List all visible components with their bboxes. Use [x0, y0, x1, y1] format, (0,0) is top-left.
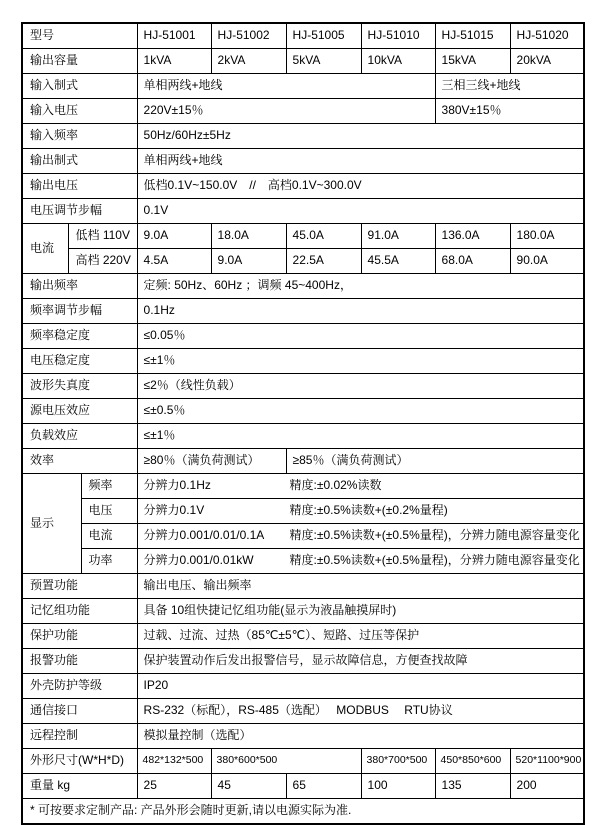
cell-dimensions-4: 450*850*600: [435, 749, 510, 774]
table-row-model: 型号 HJ-51001 HJ-51002 HJ-51005 HJ-51010 H…: [22, 23, 584, 49]
row-label-preset: 预置功能: [22, 574, 137, 599]
table-row-voltage-step: 电压调节步幅 0.1V: [22, 199, 584, 224]
cell-weight-3: 65: [286, 774, 361, 799]
cell-remote: 模拟量控制（选配）: [137, 724, 584, 749]
table-row-preset: 预置功能 输出电压、输出频率: [22, 574, 584, 599]
table-row-distortion: 波形失真度 ≤2％（线性负载）: [22, 374, 584, 399]
table-row-footnote: * 可按要求定制产品: 产品外形会随时更新,请以电源实际为准.: [22, 799, 584, 825]
cell-enclosure: IP20: [137, 674, 584, 699]
cell-current-low-3: 45.0A: [286, 224, 361, 249]
cell-input-freq: 50Hz/60Hz±5Hz: [137, 124, 584, 149]
table-row-capacity: 输出容量 1kVA 2kVA 5kVA 10kVA 15kVA 20kVA: [22, 49, 584, 74]
cell-weight-4: 100: [361, 774, 435, 799]
cell-current-low-1: 9.0A: [137, 224, 211, 249]
cell-input-voltage-three: 380V±15％: [435, 99, 584, 124]
cell-capacity-4: 10kVA: [361, 49, 435, 74]
table-row-alarm: 报警功能 保护装置动作后发出报警信号，显示故障信息，方便查找故障: [22, 649, 584, 674]
cell-model-5: HJ-51015: [435, 23, 510, 49]
row-sublabel-current-low: 低档 110V: [68, 224, 137, 249]
table-row-comm: 通信接口 RS-232（标配），RS-485（选配） MODBUS RTU协议: [22, 699, 584, 724]
cell-weight-5: 135: [435, 774, 510, 799]
table-row-input-voltage: 输入电压 220V±15％ 380V±15％: [22, 99, 584, 124]
display-resolution: 分辨力0.001/0.01kW: [144, 554, 290, 567]
cell-memory: 具备 10组快捷记忆组功能(显示为液晶触摸屏时): [137, 599, 584, 624]
row-label-protection: 保护功能: [22, 624, 137, 649]
cell-dimensions-3: 380*700*500: [361, 749, 435, 774]
table-row-input-freq: 输入频率 50Hz/60Hz±5Hz: [22, 124, 584, 149]
cell-weight-6: 200: [510, 774, 584, 799]
row-label-alarm: 报警功能: [22, 649, 137, 674]
cell-current-high-6: 90.0A: [510, 249, 584, 274]
cell-model-1: HJ-51001: [137, 23, 211, 49]
cell-current-high-1: 4.5A: [137, 249, 211, 274]
display-accuracy: 精度:±0.5%读数+(±0.2%量程): [290, 503, 448, 517]
row-label-efficiency: 效率: [22, 449, 137, 474]
table-row-efficiency: 效率 ≥80％（满负荷测试） ≥85％（满负荷测试）: [22, 449, 584, 474]
table-row-remote: 远程控制 模拟量控制（选配）: [22, 724, 584, 749]
row-sublabel-display-voltage: 电压: [81, 499, 137, 524]
row-sublabel-display-power: 功率: [81, 549, 137, 574]
table-row-weight: 重量 kg 25 45 65 100 135 200: [22, 774, 584, 799]
row-label-current: 电流: [22, 224, 68, 274]
row-sublabel-current-high: 高档 220V: [68, 249, 137, 274]
row-label-voltage-stability: 电压稳定度: [22, 349, 137, 374]
table-row-freq-step: 频率调节步幅 0.1Hz: [22, 299, 584, 324]
cell-weight-1: 25: [137, 774, 211, 799]
table-row-output-voltage: 输出电压 低档0.1V~150.0V // 高档0.1V~300.0V: [22, 174, 584, 199]
table-row-display-voltage: 电压 分辨力0.1V精度:±0.5%读数+(±0.2%量程): [22, 499, 584, 524]
cell-current-high-2: 9.0A: [211, 249, 286, 274]
cell-capacity-1: 1kVA: [137, 49, 211, 74]
cell-current-low-4: 91.0A: [361, 224, 435, 249]
cell-preset: 输出电压、输出频率: [137, 574, 584, 599]
row-label-input-voltage: 输入电压: [22, 99, 137, 124]
table-row-display-current: 电流 分辨力0.001/0.01/0.1A精度:±0.5%读数+(±0.5%量程…: [22, 524, 584, 549]
row-label-load-effect: 负载效应: [22, 424, 137, 449]
table-row-voltage-stability: 电压稳定度 ≤±1％: [22, 349, 584, 374]
row-label-output-voltage: 输出电压: [22, 174, 137, 199]
cell-model-2: HJ-51002: [211, 23, 286, 49]
spec-table: 型号 HJ-51001 HJ-51002 HJ-51005 HJ-51010 H…: [21, 22, 585, 825]
cell-dimensions-5: 520*1100*900: [510, 749, 584, 774]
cell-protection: 过载、过流、过热（85℃±5℃）、短路、过压等保护: [137, 624, 584, 649]
cell-model-6: HJ-51020: [510, 23, 584, 49]
row-label-input-freq: 输入频率: [22, 124, 137, 149]
cell-output-voltage: 低档0.1V~150.0V // 高档0.1V~300.0V: [137, 174, 584, 199]
table-row-memory: 记忆组功能 具备 10组快捷记忆组功能(显示为液晶触摸屏时): [22, 599, 584, 624]
table-row-source-effect: 源电压效应 ≤±0.5％: [22, 399, 584, 424]
row-label-distortion: 波形失真度: [22, 374, 137, 399]
cell-load-effect: ≤±1％: [137, 424, 584, 449]
cell-source-effect: ≤±0.5％: [137, 399, 584, 424]
display-resolution: 分辨力0.1V: [144, 504, 290, 517]
row-label-freq-stability: 频率稳定度: [22, 324, 137, 349]
row-label-dimensions: 外形尺寸(W*H*D): [22, 749, 137, 774]
row-label-comm: 通信接口: [22, 699, 137, 724]
table-row-current-high: 高档 220V 4.5A 9.0A 22.5A 45.5A 68.0A 90.0…: [22, 249, 584, 274]
table-row-input-mode: 输入制式 单相两线+地线 三相三线+地线: [22, 74, 584, 99]
cell-distortion: ≤2％（线性负载）: [137, 374, 584, 399]
row-label-display: 显示: [22, 474, 81, 574]
table-row-output-freq: 输出频率 定频: 50Hz、60Hz ；调频 45~400Hz，: [22, 274, 584, 299]
cell-input-voltage-single: 220V±15％: [137, 99, 435, 124]
table-row-freq-stability: 频率稳定度 ≤0.05％: [22, 324, 584, 349]
table-row-protection: 保护功能 过载、过流、过热（85℃±5℃）、短路、过压等保护: [22, 624, 584, 649]
cell-efficiency-large: ≥85％（满负荷测试）: [286, 449, 584, 474]
cell-comm: RS-232（标配），RS-485（选配） MODBUS RTU协议: [137, 699, 584, 724]
display-resolution: 分辨力0.001/0.01/0.1A: [144, 529, 290, 542]
cell-freq-stability: ≤0.05％: [137, 324, 584, 349]
cell-voltage-step: 0.1V: [137, 199, 584, 224]
cell-current-high-5: 68.0A: [435, 249, 510, 274]
cell-input-mode-three: 三相三线+地线: [435, 74, 584, 99]
row-label-freq-step: 频率调节步幅: [22, 299, 137, 324]
table-row-dimensions: 外形尺寸(W*H*D) 482*132*500 380*600*500 380*…: [22, 749, 584, 774]
row-sublabel-display-freq: 频率: [81, 474, 137, 499]
cell-capacity-3: 5kVA: [286, 49, 361, 74]
row-label-memory: 记忆组功能: [22, 599, 137, 624]
cell-efficiency-small: ≥80％（满负荷测试）: [137, 449, 286, 474]
row-label-output-mode: 输出制式: [22, 149, 137, 174]
cell-current-high-3: 22.5A: [286, 249, 361, 274]
row-label-capacity: 输出容量: [22, 49, 137, 74]
cell-display-freq: 分辨力0.1Hz精度:±0.02%读数: [137, 474, 584, 499]
row-label-model: 型号: [22, 23, 137, 49]
cell-dimensions-1: 482*132*500: [137, 749, 211, 774]
row-label-voltage-step: 电压调节步幅: [22, 199, 137, 224]
cell-model-3: HJ-51005: [286, 23, 361, 49]
table-row-current-low: 电流 低档 110V 9.0A 18.0A 45.0A 91.0A 136.0A…: [22, 224, 584, 249]
display-accuracy: 精度:±0.5%读数+(±0.5%量程)，分辨力随电源容量变化: [290, 528, 580, 542]
cell-display-voltage: 分辨力0.1V精度:±0.5%读数+(±0.2%量程): [137, 499, 584, 524]
table-row-enclosure: 外壳防护等级 IP20: [22, 674, 584, 699]
cell-freq-step: 0.1Hz: [137, 299, 584, 324]
cell-current-low-2: 18.0A: [211, 224, 286, 249]
cell-dimensions-2: 380*600*500: [211, 749, 361, 774]
display-accuracy: 精度:±0.5%读数+(±0.5%量程)，分辨力随电源容量变化: [290, 553, 580, 567]
display-resolution: 分辨力0.1Hz: [144, 479, 290, 492]
cell-output-freq: 定频: 50Hz、60Hz ；调频 45~400Hz，: [137, 274, 584, 299]
cell-weight-2: 45: [211, 774, 286, 799]
cell-capacity-2: 2kVA: [211, 49, 286, 74]
row-label-output-freq: 输出频率: [22, 274, 137, 299]
cell-model-4: HJ-51010: [361, 23, 435, 49]
row-label-enclosure: 外壳防护等级: [22, 674, 137, 699]
cell-capacity-6: 20kVA: [510, 49, 584, 74]
cell-display-power: 分辨力0.001/0.01kW精度:±0.5%读数+(±0.5%量程)，分辨力随…: [137, 549, 584, 574]
cell-capacity-5: 15kVA: [435, 49, 510, 74]
cell-current-low-6: 180.0A: [510, 224, 584, 249]
table-row-display-freq: 显示 频率 分辨力0.1Hz精度:±0.02%读数: [22, 474, 584, 499]
table-row-load-effect: 负载效应 ≤±1％: [22, 424, 584, 449]
footnote-text: * 可按要求定制产品: 产品外形会随时更新,请以电源实际为准.: [22, 799, 584, 825]
row-label-source-effect: 源电压效应: [22, 399, 137, 424]
row-label-weight: 重量 kg: [22, 774, 137, 799]
cell-voltage-stability: ≤±1％: [137, 349, 584, 374]
row-sublabel-display-current: 电流: [81, 524, 137, 549]
cell-current-high-4: 45.5A: [361, 249, 435, 274]
row-label-remote: 远程控制: [22, 724, 137, 749]
cell-output-mode: 单相两线+地线: [137, 149, 584, 174]
cell-input-mode-single: 单相两线+地线: [137, 74, 435, 99]
cell-current-low-5: 136.0A: [435, 224, 510, 249]
cell-alarm: 保护装置动作后发出报警信号，显示故障信息，方便查找故障: [137, 649, 584, 674]
table-row-display-power: 功率 分辨力0.001/0.01kW精度:±0.5%读数+(±0.5%量程)，分…: [22, 549, 584, 574]
cell-display-current: 分辨力0.001/0.01/0.1A精度:±0.5%读数+(±0.5%量程)，分…: [137, 524, 584, 549]
row-label-input-mode: 输入制式: [22, 74, 137, 99]
display-accuracy: 精度:±0.02%读数: [290, 478, 382, 492]
table-row-output-mode: 输出制式 单相两线+地线: [22, 149, 584, 174]
